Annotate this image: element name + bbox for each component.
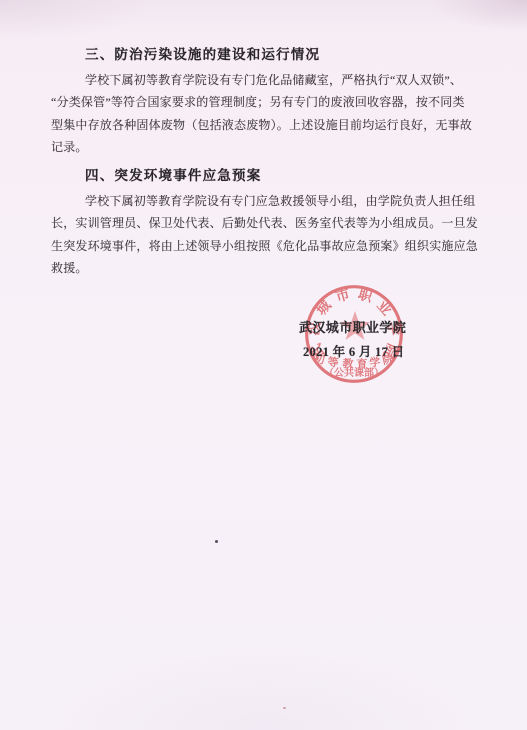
paragraph-line: 型集中存放各种固体废物（包括液态废物）。上述设施目前均运行良好，无事故 bbox=[51, 114, 473, 136]
section-heading-pollution-facilities: 三、防治污染设施的建设和运行情况 bbox=[51, 46, 473, 64]
seal-dept-text: （公共课部） bbox=[324, 366, 384, 379]
scan-speck bbox=[215, 540, 218, 543]
signature-org: 武汉城市职业学院 bbox=[299, 317, 406, 336]
paragraph-line: “分类保管”等符合国家要求的管理制度；另有专门的废液回收容器，按不同类 bbox=[51, 91, 473, 113]
document-body: 三、防治污染设施的建设和运行情况 学校下属初等教育学院设有专门危化品储藏室，严格… bbox=[51, 46, 473, 279]
paragraph-line: 生突发环境事件，将由上述领导小组按照《危化品事故应急预案》组织实施应急 bbox=[51, 235, 473, 257]
section-heading-emergency-plan: 四、突发环境事件应急预案 bbox=[51, 167, 473, 185]
seal-ring-text-char: 职 bbox=[356, 286, 375, 306]
seal-ring-text-char: 城 bbox=[313, 296, 336, 318]
scan-speck bbox=[283, 707, 286, 709]
signature-date: 2021 年 6 月 17 日 bbox=[303, 342, 404, 360]
document-page: 三、防治污染设施的建设和运行情况 学校下属初等教育学院设有专门危化品储藏室，严格… bbox=[0, 0, 527, 730]
paragraph-pollution-facilities: 学校下属初等教育学院设有专门危化品储藏室，严格执行“双人双锁”、 “分类保管”等… bbox=[51, 69, 473, 158]
paragraph-line: 救援。 bbox=[51, 257, 473, 279]
seal-ring-text-char: 业 bbox=[373, 298, 394, 319]
paragraph-line: 学校下属初等教育学院设有专门危化品储藏室，严格执行“双人双锁”、 bbox=[51, 69, 473, 91]
paragraph-line: 记录。 bbox=[51, 136, 473, 158]
paragraph-emergency-plan: 学校下属初等教育学院设有专门应急救援领导小组，由学院负责人担任组 长，实训管理员… bbox=[51, 190, 473, 279]
paragraph-line: 学校下属初等教育学院设有专门应急救援领导小组，由学院负责人担任组 bbox=[51, 190, 473, 212]
paragraph-line: 长，实训管理员、保卫处代表、后勤处代表、医务室代表等为小组成员。一旦发 bbox=[51, 212, 473, 234]
